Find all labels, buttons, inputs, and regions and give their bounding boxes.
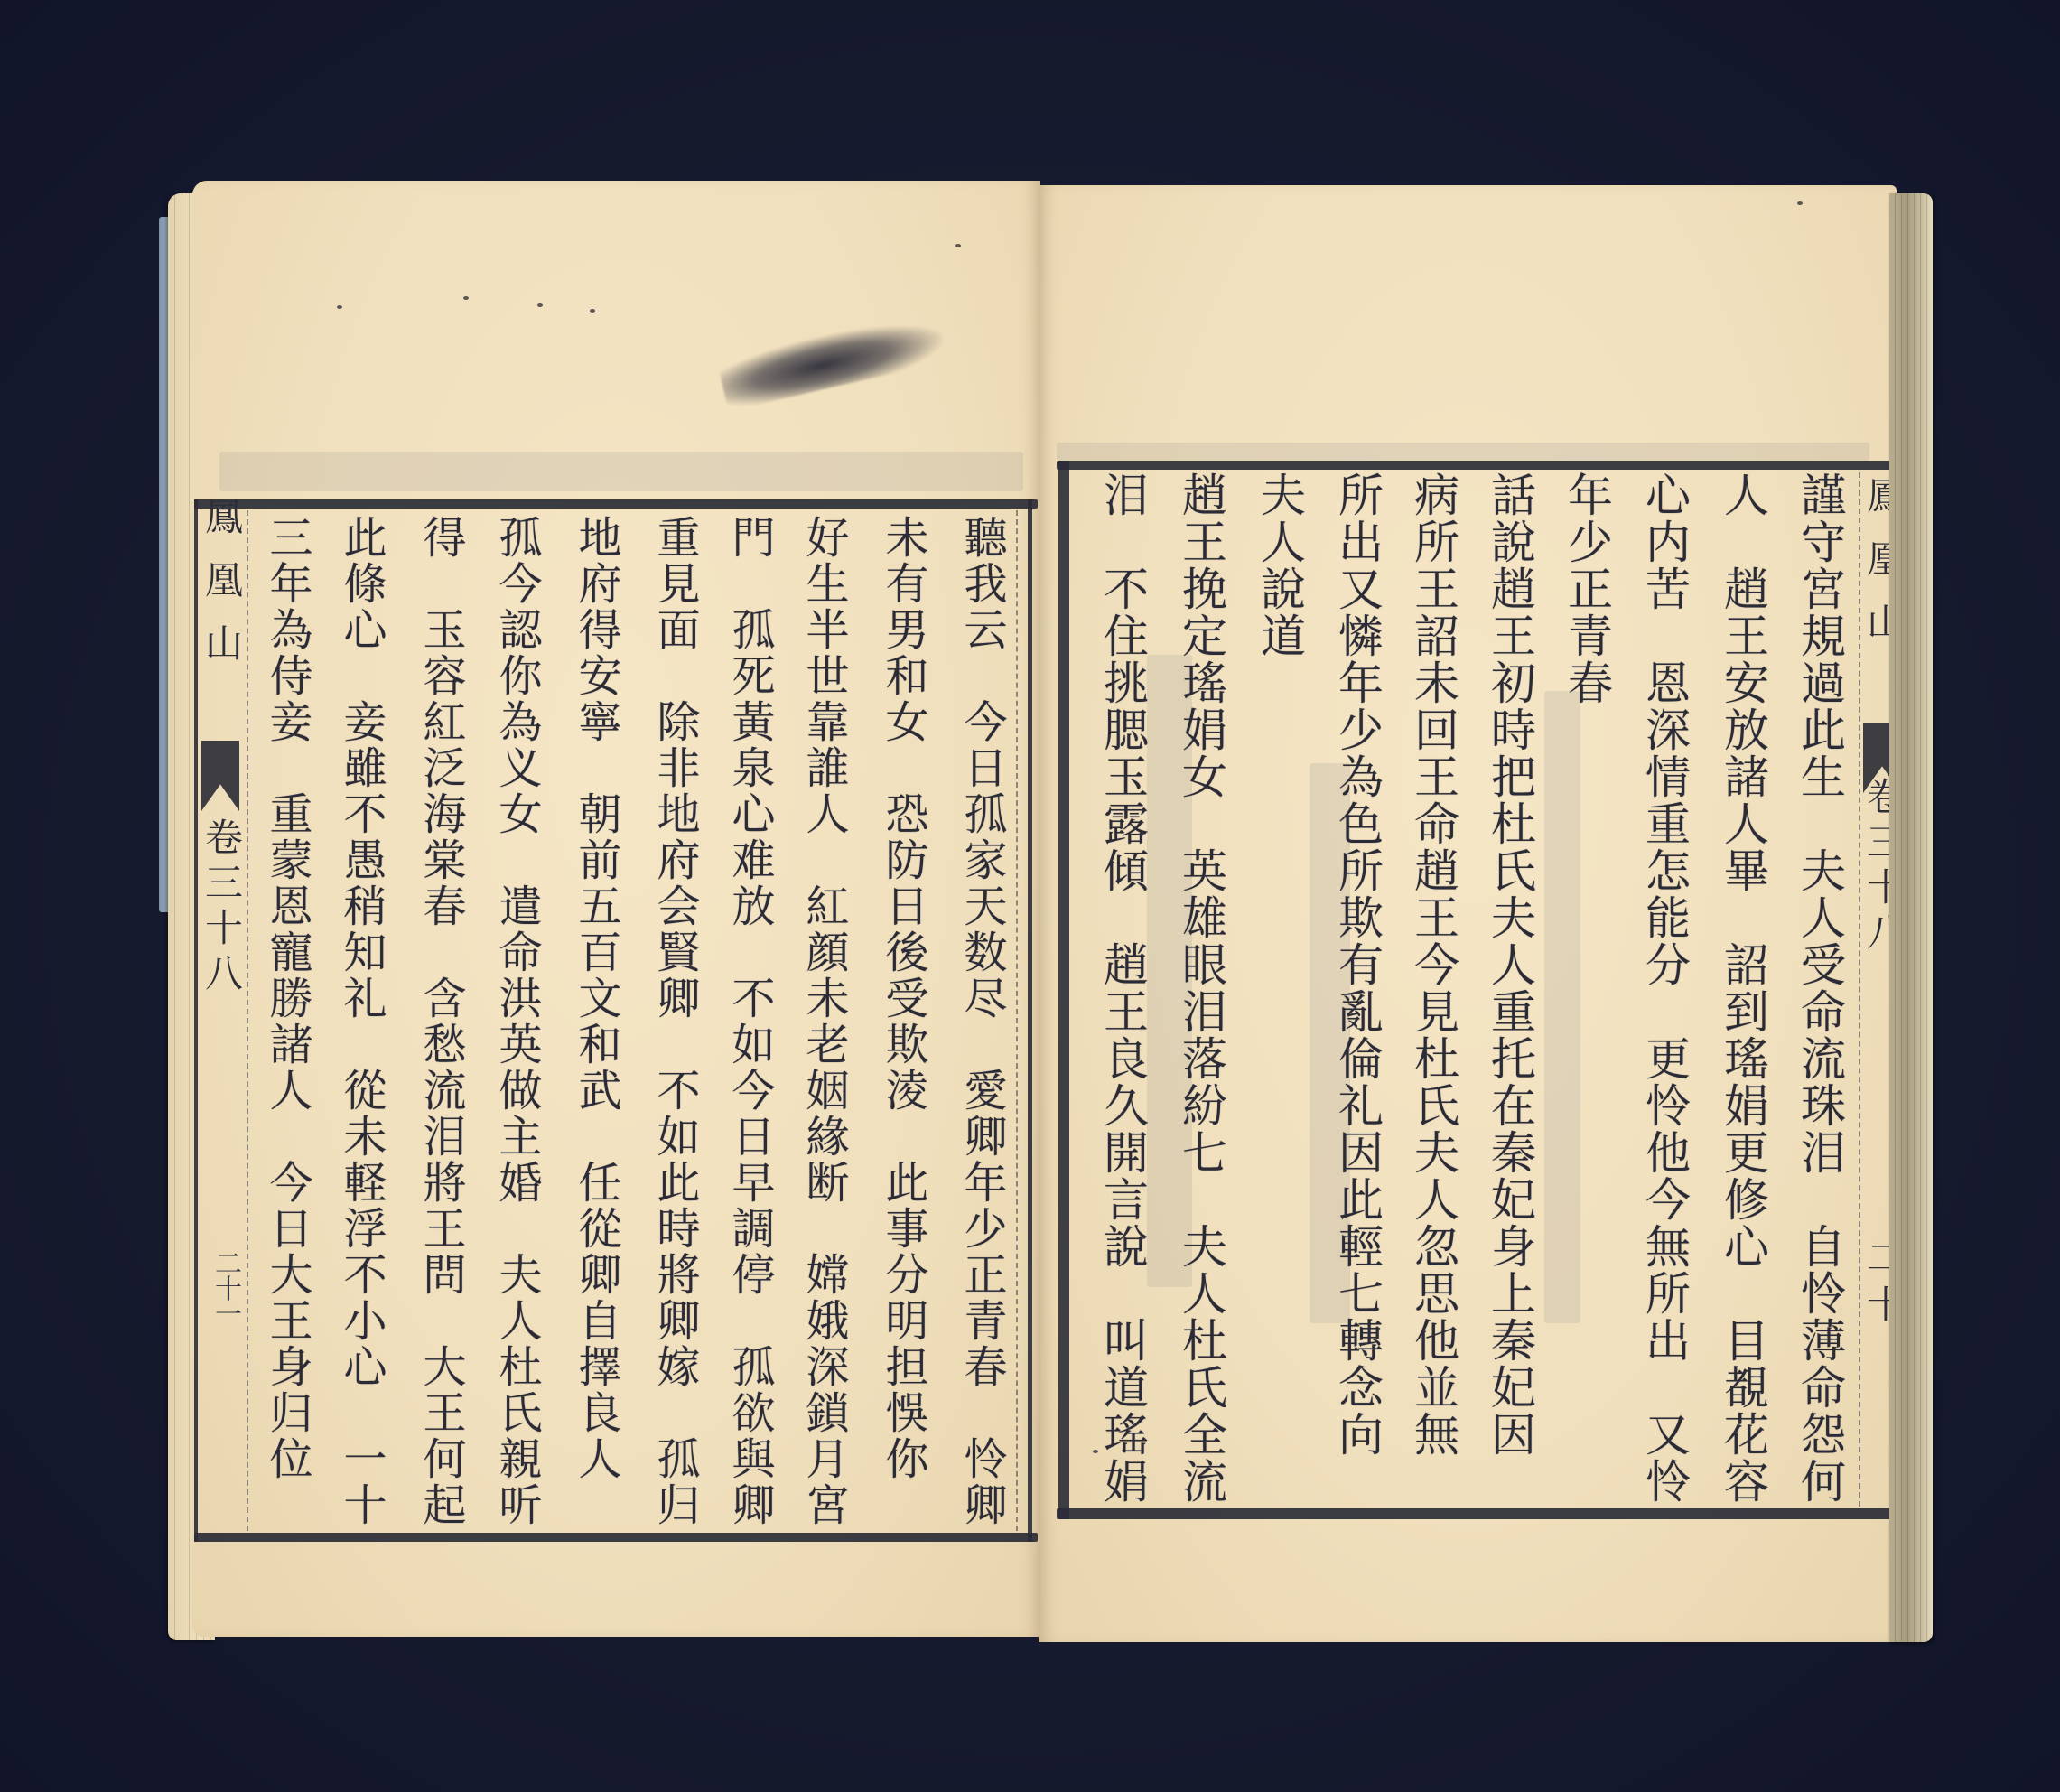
- text-column: 所出又憐年少為色所欺有亂倫礼因此輕七轉念向: [1330, 471, 1384, 1458]
- ink-speck: [590, 309, 595, 313]
- ink-speck: [537, 303, 543, 307]
- bleed-through-band: [1057, 443, 1869, 461]
- right-leaf-stack: [1889, 193, 1933, 1642]
- frame-top-rule: [1057, 461, 1897, 470]
- text-column: 話說趙王初時把杜氏夫人重托在秦妃身上秦妃因: [1483, 471, 1537, 1458]
- column-rule: [1016, 510, 1018, 1531]
- text-column: 地府得安寧 朝前五百文和武 任從卿自擇良人: [569, 515, 623, 1482]
- text-column: 謹守宮規過此生 夫人受命流珠泪 自怜薄命怨何: [1793, 471, 1847, 1505]
- ink-smudge-stain: [717, 310, 949, 412]
- text-column: 三年為侍妾 重蒙恩寵勝諸人 今日大王身归位: [260, 515, 314, 1482]
- text-column: 未有男和女 恐防日後受欺淩 此事分明担悞你: [876, 515, 930, 1482]
- text-column: 心内苦 恩深情重怎能分 更怜他今無所出 又怜: [1637, 471, 1692, 1505]
- text-column: 此條心 妾雖不愚稍知礼 從未軽浮不小心 一十: [334, 515, 388, 1528]
- frame-bottom-rule: [1057, 1508, 1897, 1519]
- frame-bottom-rule: [194, 1533, 1038, 1542]
- fishtail-mark: [201, 741, 239, 811]
- left-page: 鳳凰山 卷三十八 二十一 聽我云 今日孤家天数尽 愛卿年少正青春 怜卿 未有男和…: [192, 181, 1040, 1637]
- ink-speck: [1797, 201, 1803, 205]
- text-column: 夫人說道: [1253, 471, 1307, 659]
- frame-right-rule: [1028, 499, 1032, 1542]
- text-column: 年少正青春: [1560, 471, 1614, 706]
- bleed-through-band: [219, 452, 1023, 491]
- frame-left-rule: [1058, 461, 1069, 1519]
- ink-speck: [463, 296, 469, 300]
- text-column: 趙王挽定瑤娟女 英雄眼泪落紛七 夫人杜氏全流: [1174, 471, 1228, 1505]
- frame-top-rule: [194, 499, 1038, 509]
- fold-margin-inner-rule: [1859, 472, 1860, 1507]
- ink-speck: [955, 244, 961, 247]
- text-column: 孤今認你為义女 遣命洪英做主婚 夫人杜氏親听: [489, 515, 544, 1528]
- right-page: 鳳凰山 卷三十八 二十 謹守宮規過此生 夫人受命流珠泪 自怜薄命怨何 人 趙王安…: [1039, 185, 1897, 1642]
- text-column: 好生半世靠誰人 紅顔未老姻緣断 嫦娥深鎖月宮: [797, 515, 851, 1528]
- text-column: 門 孤死黃泉心难放 不如今日早調停 孤欲與卿: [722, 515, 777, 1528]
- text-column: 聽我云 今日孤家天数尽 愛卿年少正青春 怜卿: [955, 515, 1009, 1528]
- fold-margin-leaf-number: 二十一: [205, 1249, 245, 1325]
- fold-margin-inner-rule: [247, 510, 248, 1531]
- fold-margin-volume: 卷三十八: [201, 817, 241, 998]
- text-column: 得 玉容紅泛海棠春 含愁流泪將王問 大王何起: [414, 515, 468, 1528]
- text-column: 病所王詔未回王命趙王今見杜氏夫人忽思他並無: [1406, 471, 1460, 1458]
- text-column: 重見面 除非地府会賢卿 不如此時將卿嫁 孤归: [648, 515, 702, 1528]
- fold-margin-outer-rule: [194, 499, 198, 1542]
- bleed-through-ghost: [1544, 691, 1580, 1323]
- ink-speck: [337, 305, 342, 309]
- text-column: 泪 不住挑腮玉露傾 趙王良久開言說 叫道瑤娟: [1095, 471, 1150, 1505]
- text-column: 人 趙王安放諸人畢 詔到瑤娟更修心 目覩花容: [1716, 471, 1770, 1505]
- fold-margin-title: 鳳凰山: [201, 497, 241, 686]
